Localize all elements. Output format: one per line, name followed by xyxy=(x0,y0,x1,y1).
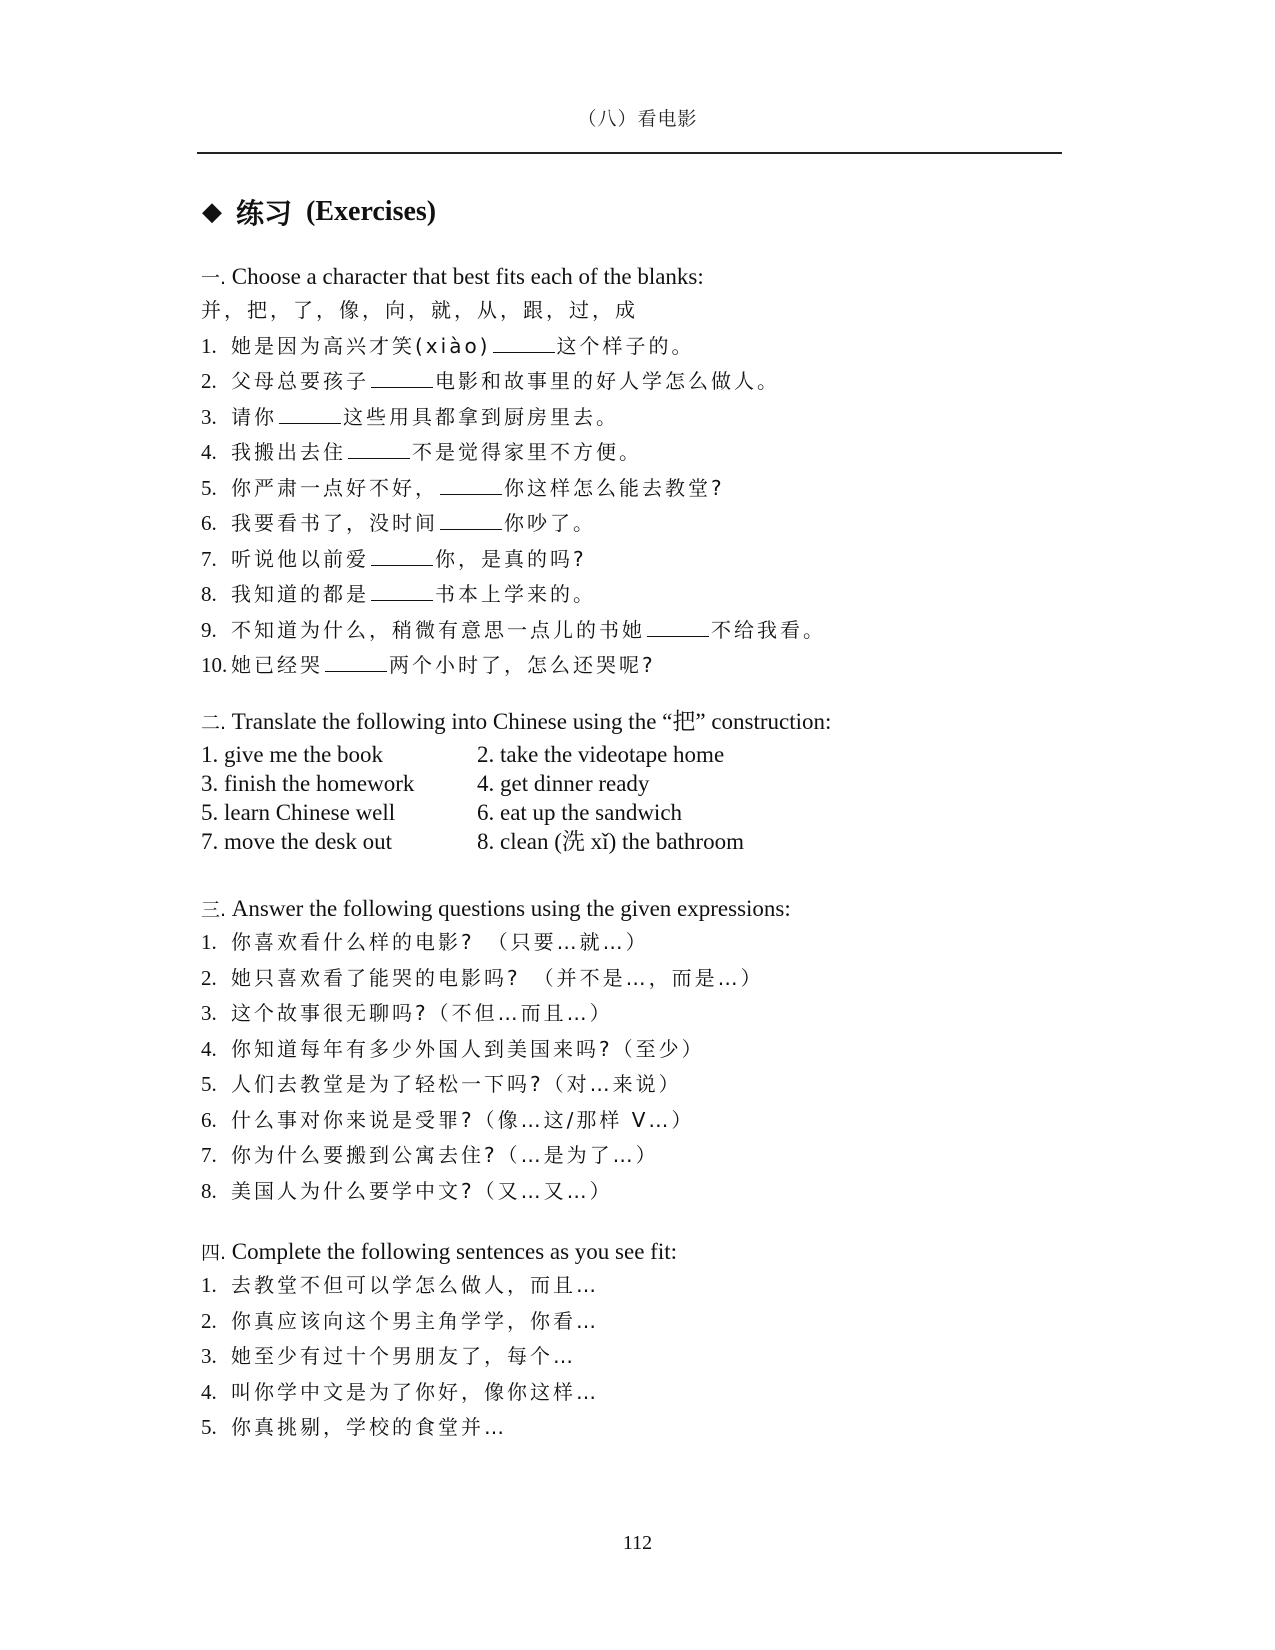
sentence-item: 4.叫你学中文是为了你好，像你这样… xyxy=(201,1375,677,1411)
item-number: 5. xyxy=(201,1067,231,1103)
item-text: 去教堂不但可以学怎么做人，而且… xyxy=(231,1273,599,1297)
fill-blank-item: 6.我要看书了，没时间你吵了。 xyxy=(201,506,826,542)
exercise-2-instruction: 二. Translate the following into Chinese … xyxy=(201,706,831,738)
item-text-before: 听说他以前爱 xyxy=(231,547,369,571)
answer-blank[interactable] xyxy=(440,472,502,495)
translation-item: 5. learn Chinese well xyxy=(201,798,477,827)
item-number: 8. xyxy=(201,1174,231,1210)
header-rule xyxy=(197,152,1062,154)
fill-blank-item: 4.我搬出去住不是觉得家里不方便。 xyxy=(201,435,826,471)
item-text: 你真应该向这个男主角学学，你看… xyxy=(231,1309,599,1333)
item-number: 3. xyxy=(201,1339,231,1375)
sentence-item: 2.你真应该向这个男主角学学，你看… xyxy=(201,1304,677,1340)
answer-blank[interactable] xyxy=(325,649,387,672)
item-text: 你为什么要搬到公寓去住?（…是为了…） xyxy=(231,1143,659,1167)
item-text: 你真挑剔，学校的食堂并… xyxy=(231,1415,507,1439)
fill-blank-item: 1.她是因为高兴才笑(xiào)这个样子的。 xyxy=(201,329,826,365)
item-number: 6. xyxy=(201,1103,231,1139)
question-item: 4.你知道每年有多少外国人到美国来吗?（至少） xyxy=(201,1032,791,1068)
choice-list: 并，把，了，像，向，就，从，跟，过，成 xyxy=(201,293,826,329)
item-number: 8. xyxy=(201,577,231,613)
translation-item: 4. get dinner ready xyxy=(477,769,649,798)
translation-row: 1. give me the book2. take the videotape… xyxy=(201,740,831,769)
translation-item: 8. clean (洗 xǐ) the bathroom xyxy=(477,827,744,856)
diamond-bullet-icon: ◆ xyxy=(202,197,222,227)
item-text-after: 电影和故事里的好人学怎么做人。 xyxy=(435,369,780,393)
translation-item: 2. take the videotape home xyxy=(477,740,724,769)
translation-row: 5. learn Chinese well6. eat up the sandw… xyxy=(201,798,831,827)
item-number: 5. xyxy=(201,471,231,507)
answer-blank[interactable] xyxy=(371,578,433,601)
item-number: 1. xyxy=(201,925,231,961)
item-number: 5. xyxy=(201,1410,231,1446)
item-text-before: 我要看书了，没时间 xyxy=(231,511,438,535)
item-number: 1. xyxy=(201,329,231,365)
item-text: 人们去教堂是为了轻松一下吗?（对…来说） xyxy=(231,1072,682,1096)
answer-blank[interactable] xyxy=(493,330,555,353)
answer-blank[interactable] xyxy=(440,507,502,530)
fill-blank-item: 2.父母总要孩子电影和故事里的好人学怎么做人。 xyxy=(201,364,826,400)
answer-blank[interactable] xyxy=(371,543,433,566)
question-item: 8.美国人为什么要学中文?（又…又…） xyxy=(201,1174,791,1210)
item-text-after: 书本上学来的。 xyxy=(435,582,596,606)
exercise-2: 二. Translate the following into Chinese … xyxy=(201,706,831,856)
item-text-before: 父母总要孩子 xyxy=(231,369,369,393)
exercise-3: 三. Answer the following questions using … xyxy=(201,893,791,1209)
item-number: 6. xyxy=(201,506,231,542)
exercise-1-instruction: 一. Choose a character that best fits eac… xyxy=(201,261,826,293)
fill-blank-item: 3.请你这些用具都拿到厨房里去。 xyxy=(201,400,826,436)
item-text: 美国人为什么要学中文?（又…又…） xyxy=(231,1179,613,1203)
item-number: 2. xyxy=(201,1304,231,1340)
item-text: 你知道每年有多少外国人到美国来吗?（至少） xyxy=(231,1037,705,1061)
item-text-after: 两个小时了，怎么还哭呢? xyxy=(389,653,656,677)
item-number: 9. xyxy=(201,613,231,649)
fill-blank-item: 8.我知道的都是书本上学来的。 xyxy=(201,577,826,613)
section-heading: ◆ 练习 (Exercises) xyxy=(202,192,436,232)
item-text-before: 我知道的都是 xyxy=(231,582,369,606)
fill-blank-item: 10.她已经哭两个小时了，怎么还哭呢? xyxy=(201,648,826,684)
item-text-before: 请你 xyxy=(231,405,277,429)
section-title-zh: 练习 xyxy=(236,192,292,232)
item-text-after: 你，是真的吗? xyxy=(435,547,587,571)
item-text: 她至少有过十个男朋友了，每个… xyxy=(231,1344,576,1368)
item-text: 什么事对你来说是受罪?（像…这/那样 V…） xyxy=(231,1108,694,1132)
item-number: 10. xyxy=(201,648,231,684)
answer-blank[interactable] xyxy=(647,614,709,637)
question-item: 2.她只喜欢看了能哭的电影吗? （并不是…，而是…） xyxy=(201,961,791,997)
item-text-before: 我搬出去住 xyxy=(231,440,346,464)
item-text-before: 她已经哭 xyxy=(231,653,323,677)
exercise-4-instruction: 四. Complete the following sentences as y… xyxy=(201,1236,677,1268)
item-text-after: 不给我看。 xyxy=(711,618,826,642)
question-item: 1.你喜欢看什么样的电影? （只要…就…） xyxy=(201,925,791,961)
answer-blank[interactable] xyxy=(371,365,433,388)
translation-row: 7. move the desk out8. clean (洗 xǐ) the … xyxy=(201,827,831,856)
item-text-after: 你吵了。 xyxy=(504,511,596,535)
exercise-4: 四. Complete the following sentences as y… xyxy=(201,1236,677,1446)
item-number: 4. xyxy=(201,435,231,471)
sentence-item: 5.你真挑剔，学校的食堂并… xyxy=(201,1410,677,1446)
sentence-item: 3.她至少有过十个男朋友了，每个… xyxy=(201,1339,677,1375)
item-text-before: 不知道为什么，稍微有意思一点儿的书她 xyxy=(231,618,645,642)
running-header: （八）看电影 xyxy=(0,104,1275,131)
item-text-after: 你这样怎么能去教堂? xyxy=(504,476,725,500)
translation-item: 7. move the desk out xyxy=(201,827,477,856)
translation-item: 3. finish the homework xyxy=(201,769,477,798)
item-number: 7. xyxy=(201,542,231,578)
translation-item: 1. give me the book xyxy=(201,740,477,769)
fill-blank-item: 5.你严肃一点好不好，你这样怎么能去教堂? xyxy=(201,471,826,507)
item-number: 1. xyxy=(201,1268,231,1304)
translation-row: 3. finish the homework4. get dinner read… xyxy=(201,769,831,798)
item-text-after: 这个样子的。 xyxy=(557,334,695,358)
item-text: 她只喜欢看了能哭的电影吗? （并不是…，而是…） xyxy=(231,966,764,990)
fill-blank-item: 7.听说他以前爱你，是真的吗? xyxy=(201,542,826,578)
exercise-1: 一. Choose a character that best fits eac… xyxy=(201,261,826,684)
question-item: 7.你为什么要搬到公寓去住?（…是为了…） xyxy=(201,1138,791,1174)
item-text-after: 这些用具都拿到厨房里去。 xyxy=(343,405,619,429)
item-text-before: 你严肃一点好不好， xyxy=(231,476,438,500)
section-title-en: (Exercises) xyxy=(306,196,436,228)
item-number: 3. xyxy=(201,400,231,436)
item-number: 4. xyxy=(201,1375,231,1411)
sentence-item: 1.去教堂不但可以学怎么做人，而且… xyxy=(201,1268,677,1304)
item-number: 4. xyxy=(201,1032,231,1068)
item-number: 2. xyxy=(201,364,231,400)
answer-blank[interactable] xyxy=(279,401,341,424)
question-item: 5.人们去教堂是为了轻松一下吗?（对…来说） xyxy=(201,1067,791,1103)
item-text: 这个故事很无聊吗?（不但…而且…） xyxy=(231,1001,613,1025)
page-number: 112 xyxy=(0,1532,1275,1555)
question-item: 3.这个故事很无聊吗?（不但…而且…） xyxy=(201,996,791,1032)
exercise-3-instruction: 三. Answer the following questions using … xyxy=(201,893,791,925)
item-text: 你喜欢看什么样的电影? （只要…就…） xyxy=(231,930,649,954)
translation-item: 6. eat up the sandwich xyxy=(477,798,682,827)
answer-blank[interactable] xyxy=(348,436,410,459)
item-number: 3. xyxy=(201,996,231,1032)
item-text: 叫你学中文是为了你好，像你这样… xyxy=(231,1380,599,1404)
item-number: 2. xyxy=(201,961,231,997)
question-item: 6.什么事对你来说是受罪?（像…这/那样 V…） xyxy=(201,1103,791,1139)
item-text-before: 她是因为高兴才笑(xiào) xyxy=(231,334,491,358)
fill-blank-item: 9.不知道为什么，稍微有意思一点儿的书她不给我看。 xyxy=(201,613,826,649)
item-number: 7. xyxy=(201,1138,231,1174)
item-text-after: 不是觉得家里不方便。 xyxy=(412,440,642,464)
